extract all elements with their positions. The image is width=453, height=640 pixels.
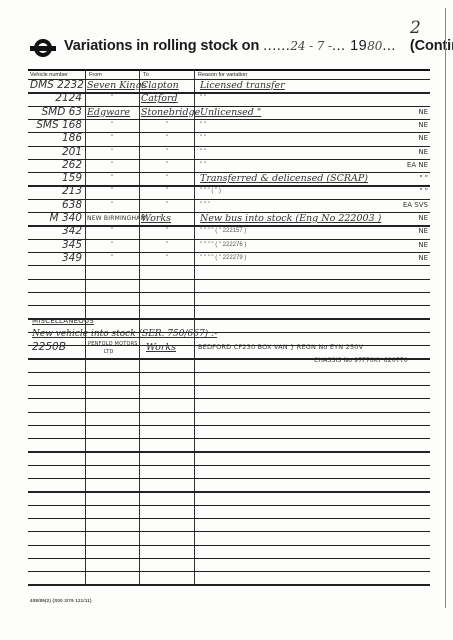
header-to: To <box>143 72 149 78</box>
reason-for-variation: " " " " ( " 222276 ) <box>200 239 400 252</box>
to-location: " <box>141 132 193 145</box>
ruled-line <box>28 172 430 173</box>
to-location: " <box>141 172 193 185</box>
reason-for-variation: " " <box>200 119 400 132</box>
ruled-line <box>28 584 430 585</box>
depot-code: EA NE <box>407 159 428 172</box>
year-value: 80 <box>367 39 382 53</box>
vehicle-number: DMS 2232 <box>30 79 82 92</box>
vehicle-number: 262 <box>30 159 82 172</box>
from-location: " <box>87 159 137 172</box>
ruled-line <box>28 199 430 200</box>
ruled-line <box>28 425 430 426</box>
ruled-line <box>28 159 430 160</box>
ruled-line <box>28 279 430 280</box>
from-location: " <box>87 146 137 159</box>
ruled-line <box>28 225 430 226</box>
page-number: 2 <box>410 18 421 38</box>
to-location: Stonebridge <box>141 106 193 119</box>
to-location: Works <box>141 212 193 225</box>
ruled-line <box>28 79 430 80</box>
reason-for-variation: New bus into stock (Eng No 222003 ) <box>200 212 400 225</box>
to-location: " <box>141 252 193 265</box>
reason-for-variation: " " " " ( " 222279 ) <box>200 252 400 265</box>
depot-code: NE <box>418 132 428 145</box>
to-location: " <box>141 199 193 212</box>
ruled-line <box>28 92 430 93</box>
vehicle-number: 186 <box>30 132 82 145</box>
vehicle-number: 345 <box>30 239 82 252</box>
reason-for-variation: " " " <box>200 199 400 212</box>
variations-table: Vehicle number From To Reason for variat… <box>28 69 430 585</box>
ruled-line <box>28 212 430 213</box>
reason-for-variation: Unlicensed " <box>200 106 400 119</box>
reason-for-variation: " " <box>200 159 400 172</box>
to-location: " <box>141 185 193 198</box>
depot-code: " " <box>419 185 428 198</box>
from-location: " <box>87 132 137 145</box>
ruled-line <box>28 518 430 519</box>
to-location: " <box>141 239 193 252</box>
from-location: NEW BIRMINGHAM <box>87 212 137 225</box>
from-location: " <box>87 172 137 185</box>
depot-code: " " <box>419 172 428 185</box>
to-location: " <box>141 146 193 159</box>
ruled-line <box>28 491 430 492</box>
reason-for-variation: " " " ( " ) <box>200 185 400 198</box>
ruled-line <box>28 372 430 373</box>
ruled-line <box>28 239 430 240</box>
misc-reason-line1: BEDFORD CF230 BOX VAN } REGN No EYN 250V <box>198 341 363 354</box>
page-edge <box>445 8 446 608</box>
depot-code: NE <box>418 212 428 225</box>
ruled-line <box>28 545 430 546</box>
vehicle-number: SMD 63 <box>30 106 82 119</box>
vehicle-number: 638 <box>30 199 82 212</box>
ruled-line <box>28 106 430 107</box>
roundel-logo-icon <box>30 39 56 59</box>
depot-code: NE <box>418 225 428 238</box>
vehicle-number: SMS 168 <box>30 119 82 132</box>
vehicle-number: M 340 <box>30 212 82 225</box>
misc-reason-line2: CHASSIS No 97F70KY 620770 <box>314 354 408 367</box>
from-location: Edgware <box>87 106 137 119</box>
to-location: Clapton <box>141 79 193 92</box>
from-location: " <box>87 92 137 105</box>
ruled-line <box>28 385 430 386</box>
from-location: " <box>87 239 137 252</box>
vehicle-number: 159 <box>30 172 82 185</box>
from-location: " <box>87 119 137 132</box>
ruled-line <box>28 451 430 452</box>
ruled-line <box>28 292 430 293</box>
from-location: Seven Kings <box>87 79 137 92</box>
header-reason: Reason for variation <box>198 72 247 78</box>
vehicle-number: 342 <box>30 225 82 238</box>
ruled-line <box>28 252 430 253</box>
depot-code: EA SVS <box>403 199 428 212</box>
reason-for-variation: " " <box>200 146 400 159</box>
ruled-line <box>28 265 430 266</box>
ruled-line <box>28 332 430 333</box>
to-location: Catford <box>141 92 193 105</box>
depot-code: NE <box>418 119 428 132</box>
reason-for-variation: " " <box>200 92 400 105</box>
from-location: " <box>87 199 137 212</box>
title-prefix: Variations in rolling stock on <box>64 38 259 54</box>
ruled-line <box>28 119 430 120</box>
ruled-line <box>28 358 430 359</box>
ruled-line <box>28 305 430 306</box>
reason-for-variation: Transferred & delicensed (SCRAP) <box>200 172 400 185</box>
reason-for-variation: " " " " ( " 222157 ) <box>200 225 400 238</box>
ruled-line <box>28 318 430 319</box>
misc-vehicle-number: 2250B <box>32 341 66 354</box>
ruled-line <box>28 185 430 186</box>
misc-from: PENFOLD MOTORSLTD <box>88 340 138 353</box>
ruled-line <box>28 146 430 147</box>
misc-heading: MISCELLANEOUS <box>32 315 94 328</box>
from-location: " <box>87 252 137 265</box>
reason-for-variation: Licensed transfer <box>200 79 400 92</box>
ruled-line <box>28 465 430 466</box>
vehicle-number: 201 <box>30 146 82 159</box>
ruled-line <box>28 345 430 346</box>
vehicle-number: 349 <box>30 252 82 265</box>
from-location: " <box>87 185 137 198</box>
depot-code: NE <box>418 106 428 119</box>
to-location: " <box>141 119 193 132</box>
form-reference: 408/89(2) (S00 3/79 121/11) <box>30 598 92 603</box>
header-vehicle-number: Vehicle number <box>30 72 68 78</box>
ruled-line <box>28 571 430 572</box>
ruled-line <box>28 505 430 506</box>
ruled-line <box>28 398 430 399</box>
ruled-line <box>28 531 430 532</box>
header-from: From <box>89 72 102 78</box>
form-title: Variations in rolling stock on ......24 … <box>64 38 453 54</box>
depot-code: NE <box>418 146 428 159</box>
vehicle-number: 213 <box>30 185 82 198</box>
ruled-line <box>28 438 430 439</box>
to-location: " <box>141 159 193 172</box>
ruled-line <box>28 412 430 413</box>
from-location: " <box>87 225 137 238</box>
vehicle-number: 2124 <box>30 92 82 105</box>
to-location: " <box>141 225 193 238</box>
date-value: 24 - 7 - <box>290 39 332 53</box>
ruled-line <box>28 558 430 559</box>
reason-for-variation: " " <box>200 132 400 145</box>
ruled-line <box>28 132 430 133</box>
depot-code: NE <box>418 239 428 252</box>
ruled-line <box>28 478 430 479</box>
continuation-label: (Continuation) <box>410 38 453 54</box>
ruled-line <box>28 69 430 71</box>
depot-code: NE <box>418 252 428 265</box>
misc-to: Works <box>146 341 176 354</box>
